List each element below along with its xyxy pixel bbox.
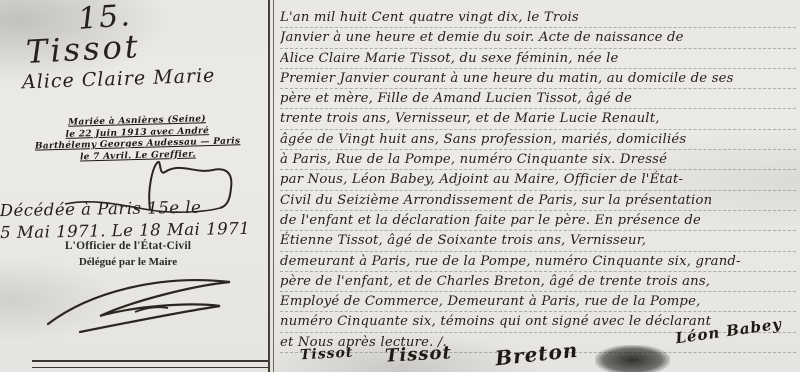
- column-divider-rule: [268, 0, 270, 372]
- stamp-title: L'Officier de l'État-Civil: [18, 240, 238, 252]
- signature-breton-witness: Breton: [494, 338, 579, 371]
- act-text-line: trente trois ans, Vernisseur, et de Mari…: [280, 109, 796, 129]
- stamp-subtitle: Délégué par le Maire: [18, 256, 238, 268]
- act-text-line: père et mère, Fille de Amand Lucien Tiss…: [280, 89, 796, 109]
- ink-blot-stain: [595, 345, 670, 372]
- margin-bottom-double-rule: [32, 360, 268, 368]
- act-text-line: Employé de Commerce, Demeurant à Paris, …: [280, 292, 796, 312]
- act-text-line: par Nous, Léon Babey, Adjoint au Maire, …: [280, 170, 796, 190]
- act-text-line: à Paris, Rue de la Pompe, numéro Cinquan…: [280, 150, 796, 170]
- scanned-birth-record-page: 15. Tissot Alice Claire Marie Mariée à A…: [0, 0, 800, 372]
- act-text-line: demeurant à Paris, rue de la Pompe, numé…: [280, 252, 796, 272]
- act-body-text: L'an mil huit Cent quatre vingt dix, le …: [280, 8, 796, 353]
- act-text-line: de l'enfant et la déclaration faite par …: [280, 211, 796, 231]
- act-text-line: L'an mil huit Cent quatre vingt dix, le …: [280, 8, 796, 28]
- signatures-row: Tissot Tissot Breton Léon Babey: [280, 340, 800, 372]
- act-text-line: Alice Claire Marie Tissot, du sexe fémin…: [280, 49, 796, 69]
- signature-tissot-grandfather: Tissot: [384, 342, 452, 366]
- act-text-line: âgée de Vingt huit ans, Sans profession,…: [280, 130, 796, 150]
- death-marginal-note: Décédée à Paris 15e le 5 Mai 1971. Le 18…: [0, 196, 250, 244]
- signature-tissot-father: Tissot: [300, 345, 354, 364]
- act-text-line: Janvier à une heure et demie du soir. Ac…: [280, 28, 796, 48]
- surname-heading: Tissot: [25, 27, 141, 71]
- officer-stamp: L'Officier de l'État-Civil Délégué par l…: [18, 240, 238, 268]
- act-text-line: Étienne Tissot, âgé de Soixante trois an…: [280, 231, 796, 251]
- act-text-line: Civil du Seizième Arrondissement de Pari…: [280, 191, 796, 211]
- margin-column: 15. Tissot Alice Claire Marie Mariée à A…: [0, 0, 268, 372]
- column-divider-rule-thin: [273, 0, 274, 372]
- act-text-line: père de l'enfant, et de Charles Breton, …: [280, 272, 796, 292]
- act-text-line: Premier Janvier courant à une heure du m…: [280, 69, 796, 89]
- mayor-signature-flourish: [40, 272, 250, 342]
